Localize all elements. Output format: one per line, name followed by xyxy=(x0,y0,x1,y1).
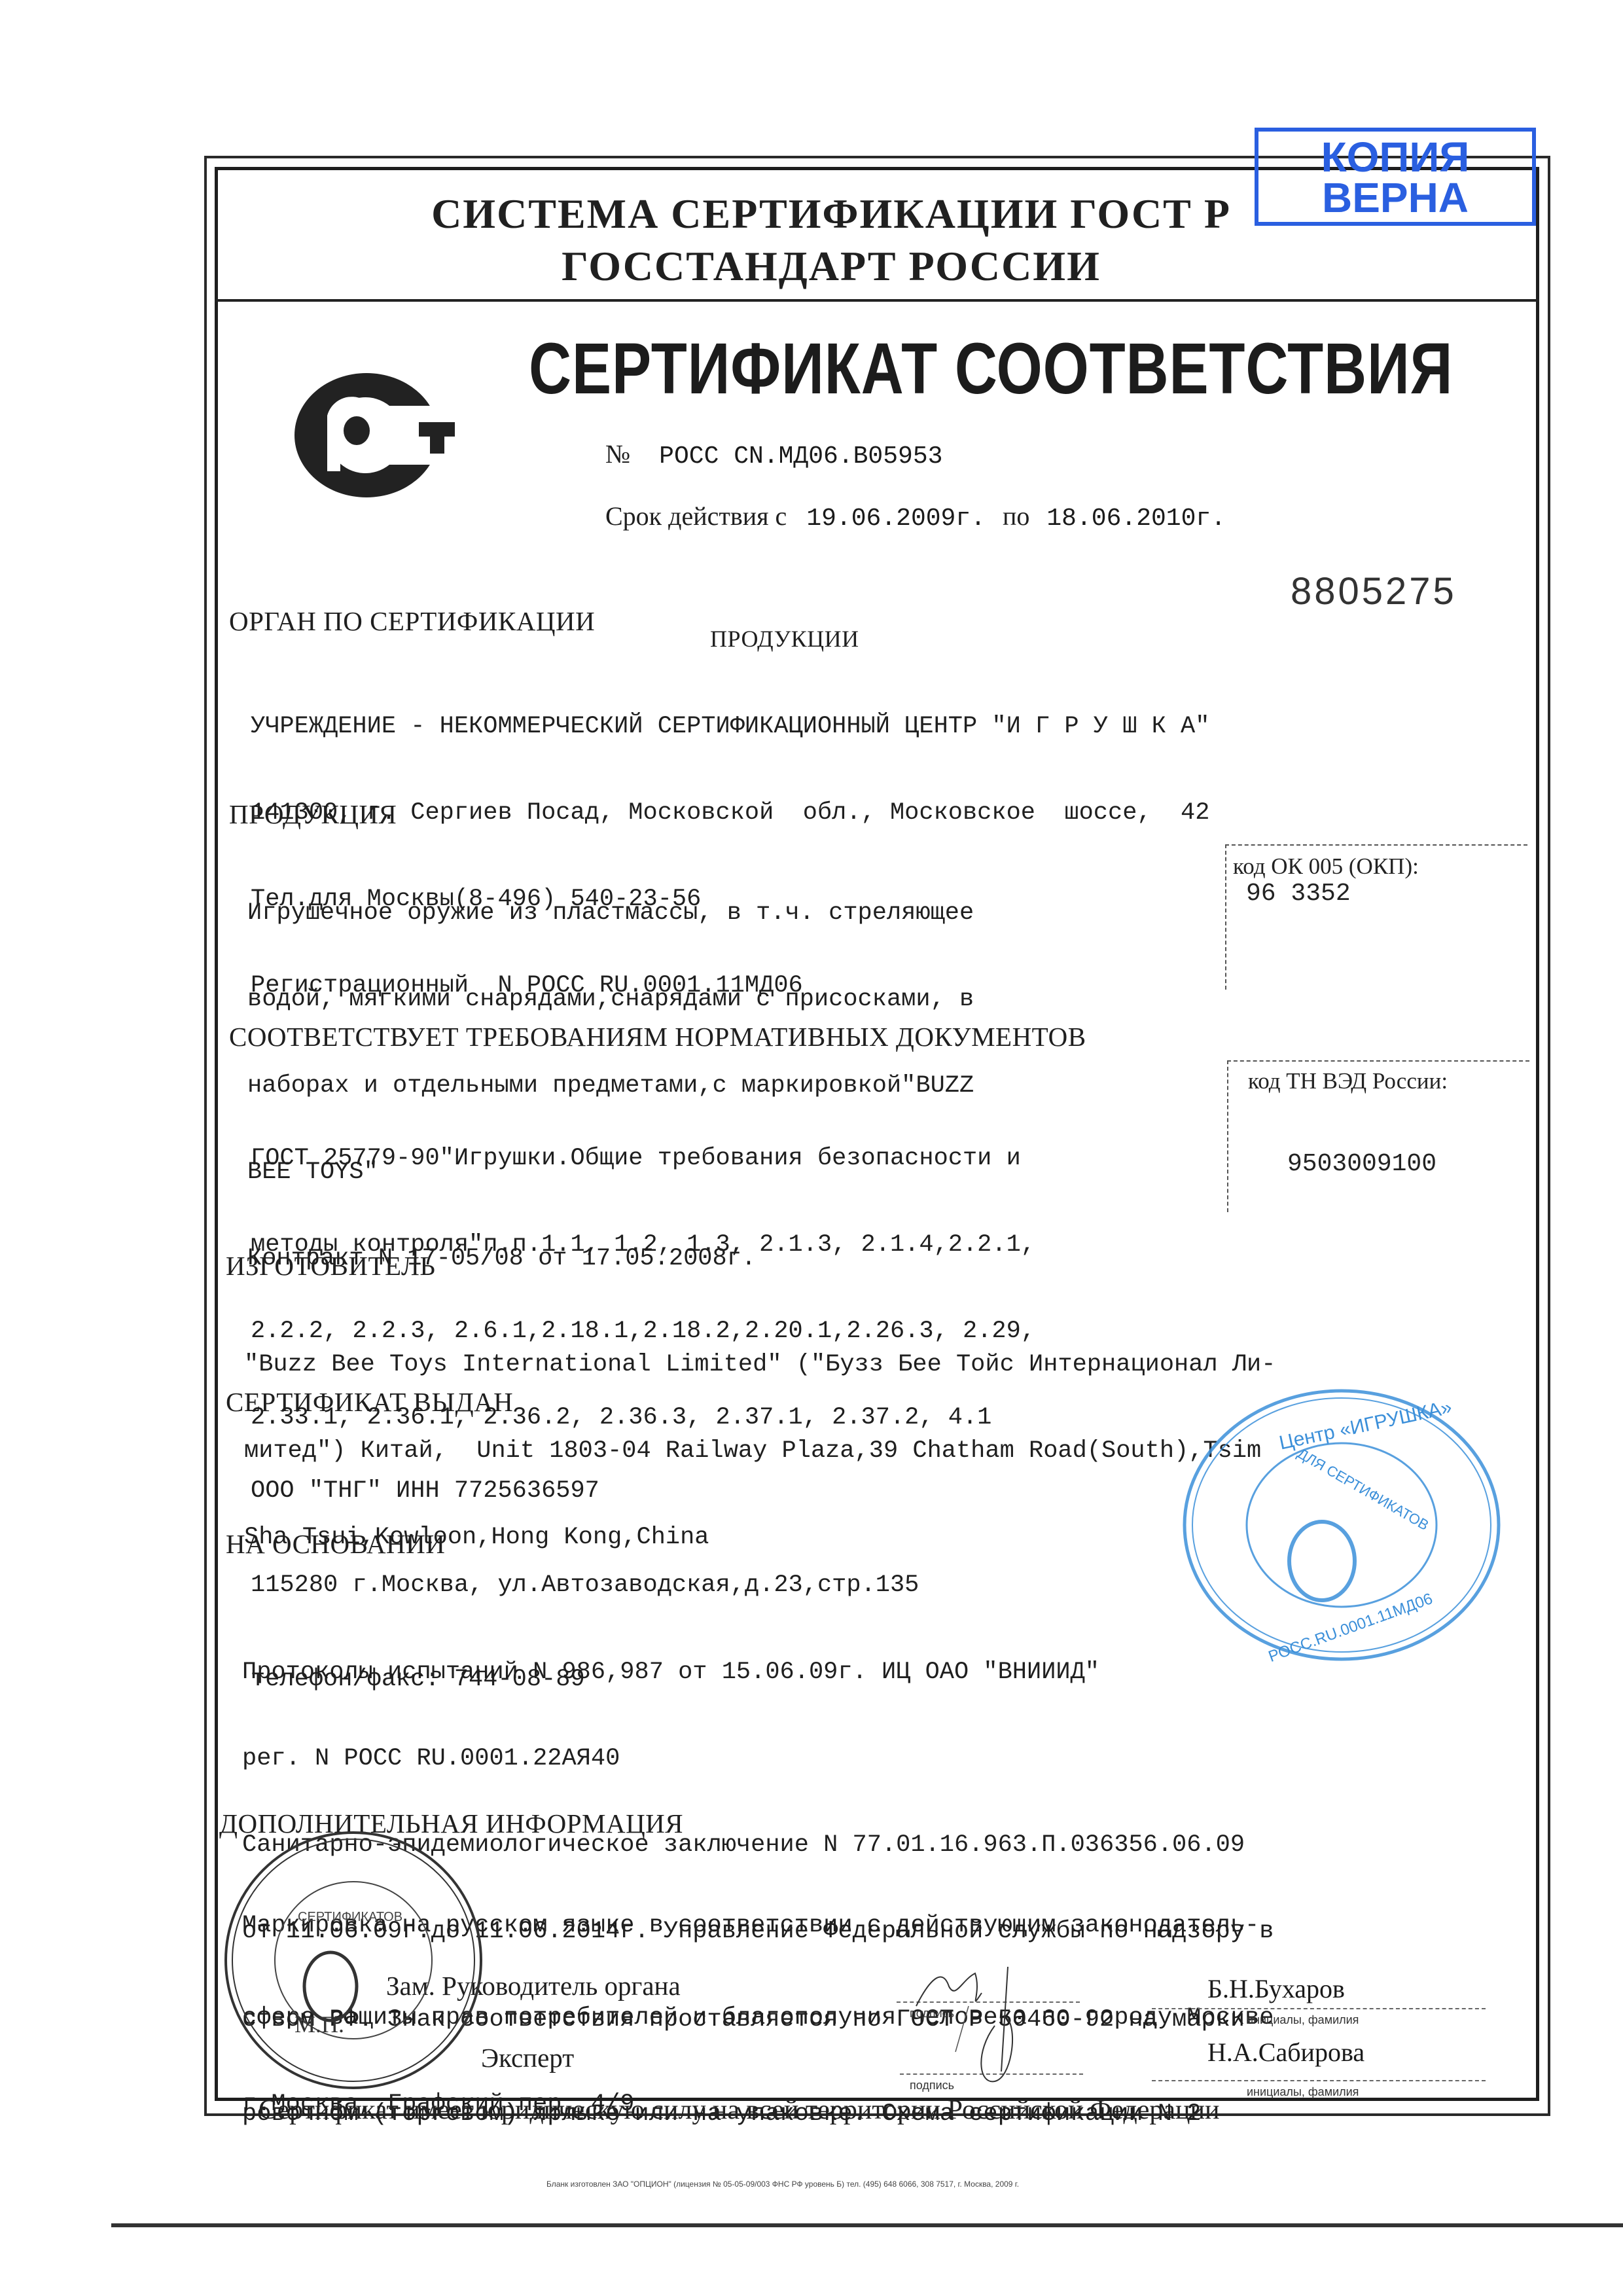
svg-text:СЕРТИФИКАТОВ: СЕРТИФИКАТОВ xyxy=(298,1910,402,1924)
scan-edge-rule xyxy=(111,2223,1623,2227)
expert-role-label: Эксперт xyxy=(481,2042,574,2073)
svg-text:ДЛЯ СЕРТИФИКАТОВ: ДЛЯ СЕРТИФИКАТОВ xyxy=(1294,1445,1431,1534)
manufacturer-heading: ИЗГОТОВИТЕЛЬ xyxy=(226,1250,435,1282)
blank-printer-note: Бланк изготовлен ЗАО "ОПЦИОН" (лицензия … xyxy=(546,2179,1019,2189)
basis-heading: НА ОСНОВАНИИ xyxy=(226,1528,445,1560)
certification-body-heading: ОРГАН ПО СЕРТИФИКАЦИИ xyxy=(229,605,595,637)
issued-to-line: ООО "ТНГ" ИНН 7725636597 xyxy=(251,1475,919,1507)
tnved-code-label: код ТН ВЭД России: xyxy=(1248,1068,1529,1094)
head-name-caption: инициалы, фамилия xyxy=(1247,2013,1359,2027)
compliance-heading: СООТВЕТСТВУЕТ ТРЕБОВАНИЯМ НОРМАТИВНЫХ ДО… xyxy=(229,1021,1086,1052)
issued-to-line: 115280 г.Москва, ул.Автозаводская,д.23,с… xyxy=(251,1570,919,1601)
expert-name-caption: инициалы, фамилия xyxy=(1247,2085,1359,2099)
handwritten-signature-icon xyxy=(903,1954,1086,2104)
product-line: водой, мягкими снарядами,снарядами с при… xyxy=(247,985,974,1014)
manufacturer-line: "Buzz Bee Toys International Limited" ("… xyxy=(244,1350,1275,1379)
certification-body-round-stamp-icon: Центр «ИГРУШКА» ДЛЯ СЕРТИФИКАТОВ РОСС.RU… xyxy=(1168,1378,1508,1672)
cb-line: УЧРЕЖДЕНИЕ - НЕКОММЕРЧЕСКИЙ СЕРТИФИКАЦИО… xyxy=(251,712,1209,741)
basis-line: Протоколы испытаний N 986,987 от 15.06.0… xyxy=(242,1658,1274,1687)
stamp-line-2: ВЕРНА xyxy=(1258,177,1532,218)
validity-to-label: по xyxy=(1003,501,1029,531)
okp-code-label: код ОК 005 (ОКП): xyxy=(1233,853,1527,880)
product-line: Игрушечное оружие из пластмассы, в т.ч. … xyxy=(247,899,974,927)
product-heading: ПРОДУКЦИЯ xyxy=(229,798,397,830)
valid-from: 19.06.2009г. xyxy=(806,505,986,533)
stamp-line-1: КОПИЯ xyxy=(1258,137,1532,177)
certificate-number-row: № РОСС CN.МД06.В05953 xyxy=(605,439,942,471)
header-divider xyxy=(215,299,1539,302)
certificate-title: СЕРТИФИКАТ СООТВЕТСТВИЯ xyxy=(529,327,1453,410)
validity-row: Срок действия с 19.06.2009г. по 18.06.20… xyxy=(605,501,1226,533)
tnved-code-box: код ТН ВЭД России: 9503009100 xyxy=(1227,1060,1529,1212)
expert-name-line xyxy=(1152,2080,1486,2081)
tnved-code-value: 9503009100 xyxy=(1287,1150,1529,1178)
okp-code-box: код ОК 005 (ОКП): 96 3352 xyxy=(1225,844,1527,990)
legal-validity-note: Сертификат имеет юридическую силу на все… xyxy=(259,2094,1219,2126)
number-sign: № xyxy=(605,439,630,469)
blank-serial-number: 8805275 xyxy=(1291,569,1457,613)
certification-body-subheading: ПРОДУКЦИИ xyxy=(710,625,859,653)
valid-to: 18.06.2010г. xyxy=(1046,505,1226,533)
svg-text:М.П.: М.П. xyxy=(294,2011,344,2037)
head-name: Б.Н.Бухаров xyxy=(1207,1973,1345,2004)
expert-name: Н.А.Сабирова xyxy=(1207,2037,1364,2068)
agency-title: ГОССТАНДАРТ РОССИИ xyxy=(216,242,1446,291)
validity-label: Срок действия с xyxy=(605,501,787,531)
okp-code-value: 96 3352 xyxy=(1246,880,1527,908)
rst-conformity-mark-icon xyxy=(291,367,461,504)
head-name-line xyxy=(1152,2008,1486,2009)
copy-certified-stamp: КОПИЯ ВЕРНА xyxy=(1255,128,1536,226)
compliance-line: ГОСТ 25779-90"Игрушки.Общие требования б… xyxy=(251,1144,1035,1173)
basis-line: рег. N РОСС RU.0001.22АЯ40 xyxy=(242,1744,1274,1773)
certificate-number: РОСС CN.МД06.В05953 xyxy=(659,442,942,471)
organ-round-seal-icon: М.П. СЕРТИФИКАТОВ xyxy=(216,1823,491,2098)
svg-text:РОСС.RU.0001.11МД06: РОСС.RU.0001.11МД06 xyxy=(1266,1590,1435,1666)
